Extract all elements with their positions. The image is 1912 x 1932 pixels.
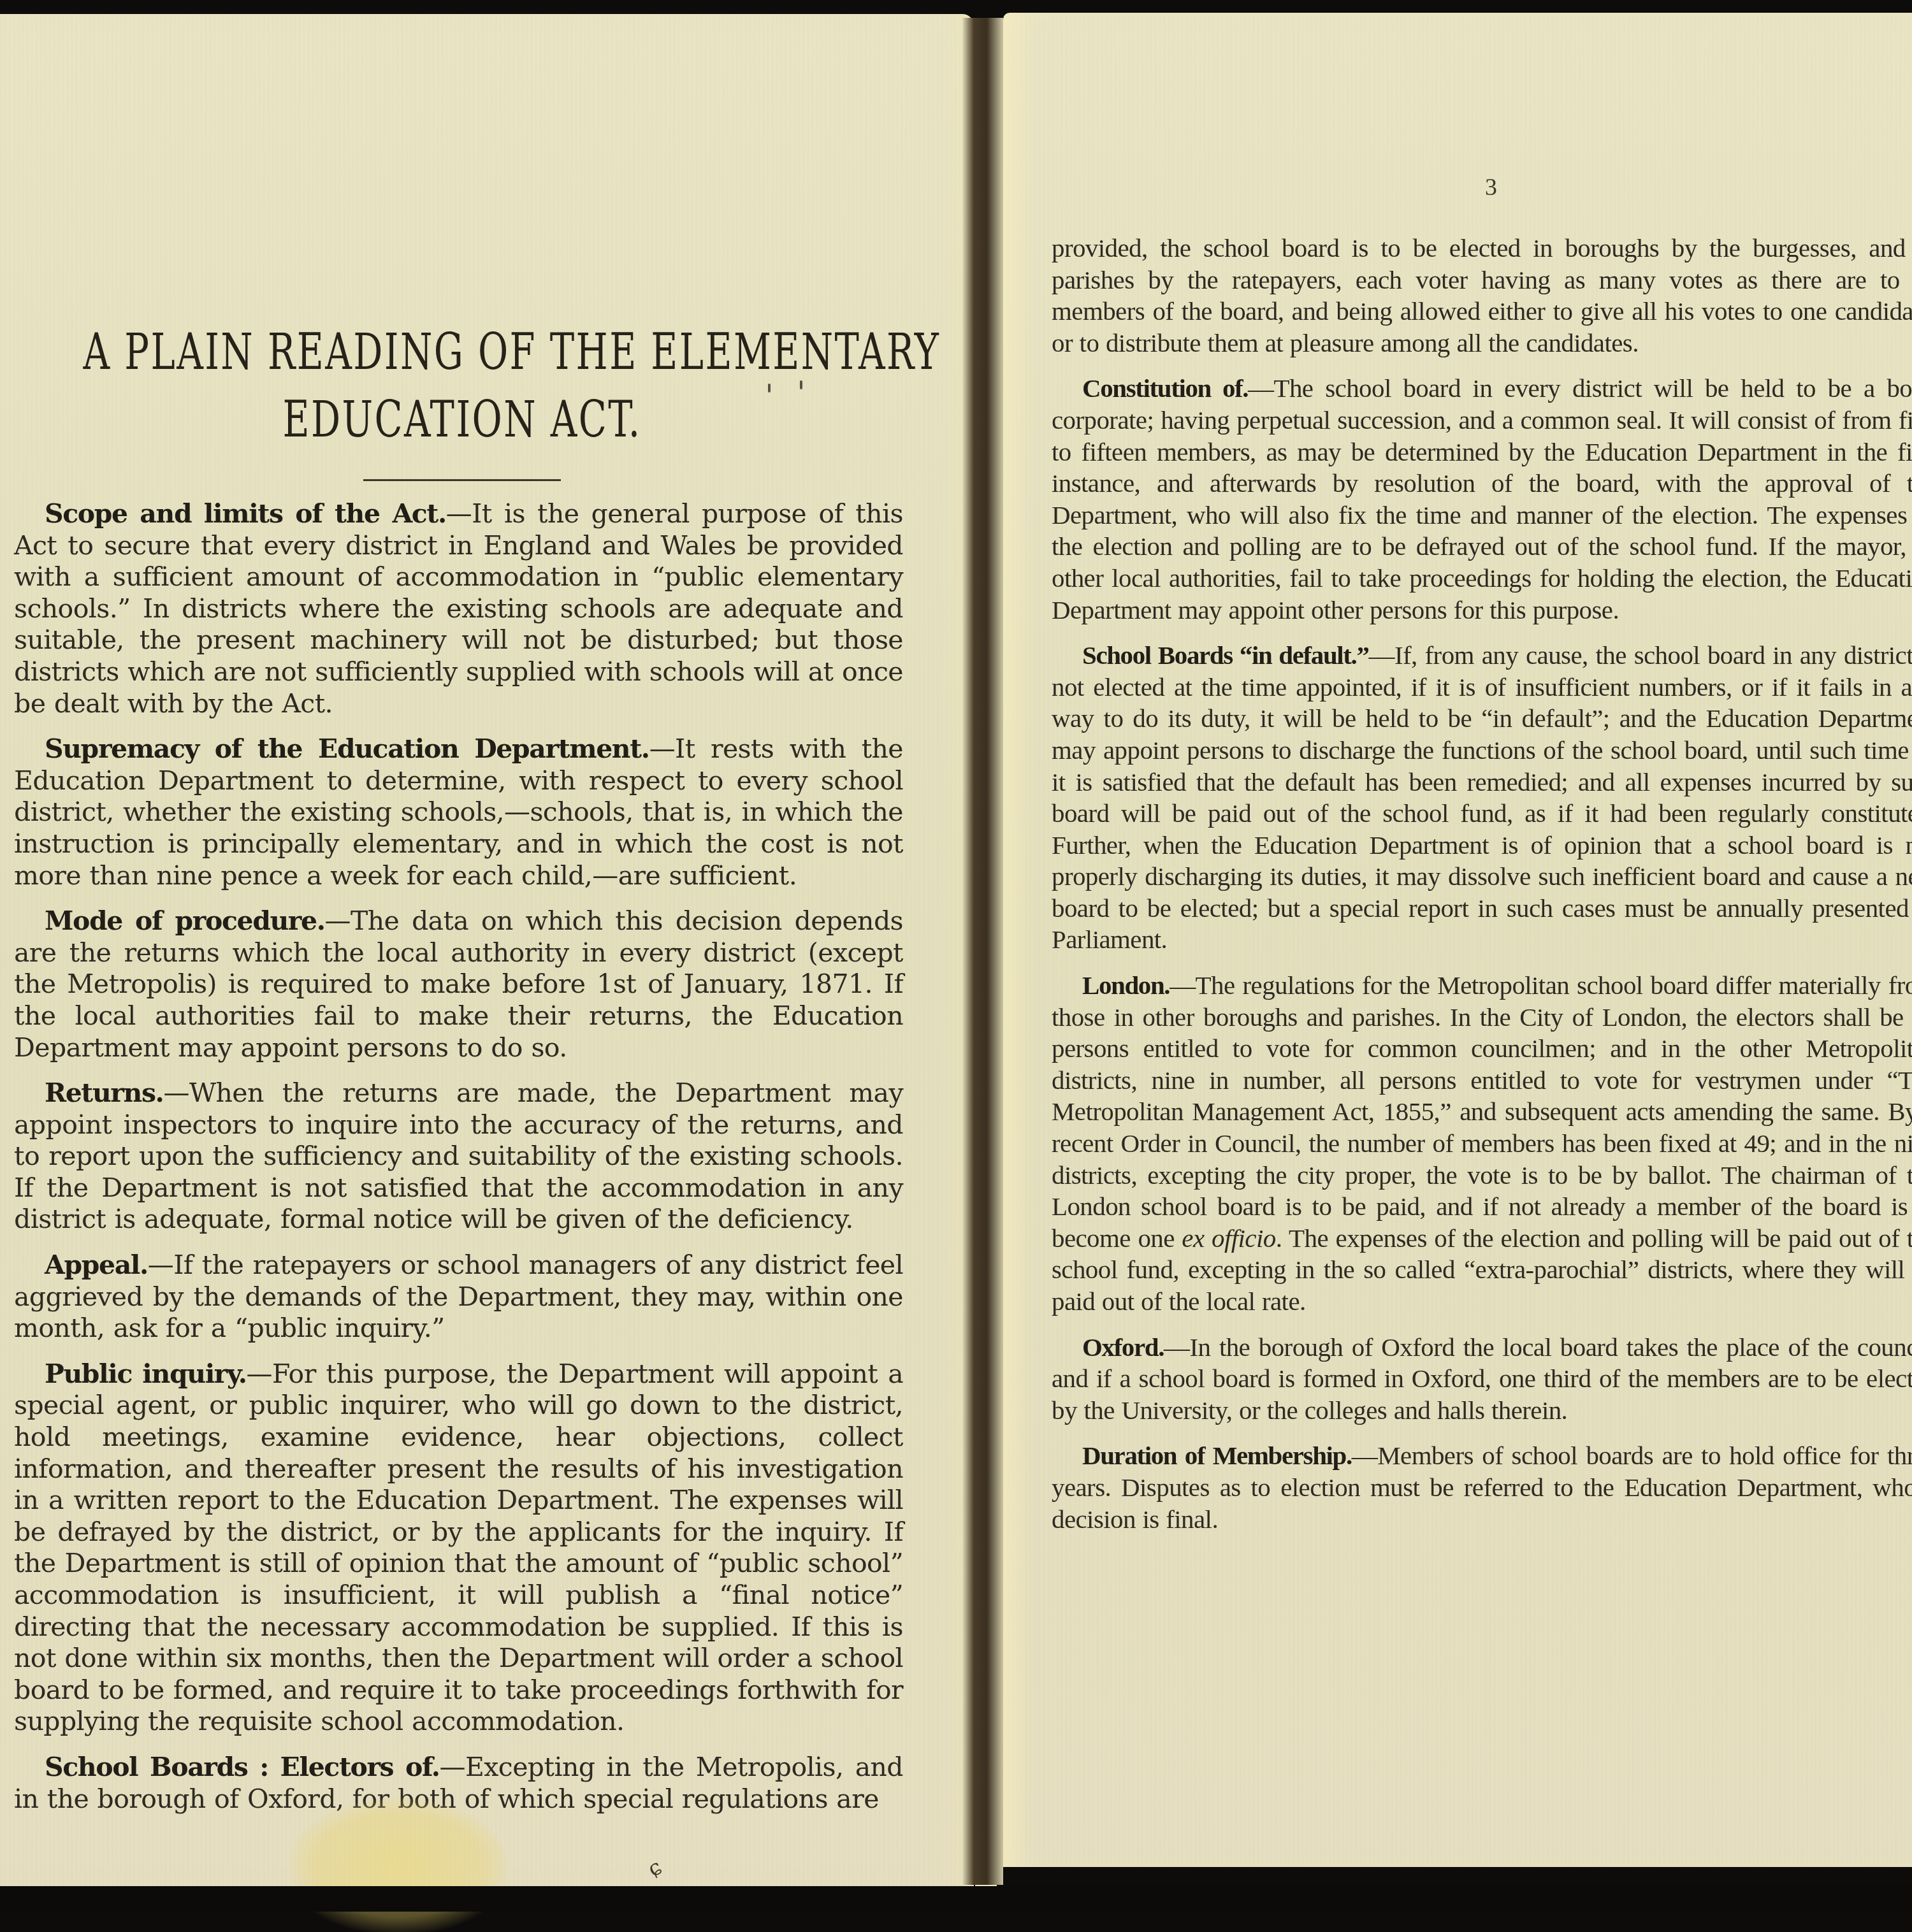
section-heading: School Boards “in default.” bbox=[1082, 640, 1369, 670]
paragraph-oxford: Oxford.—In the borough of Oxford the loc… bbox=[1052, 1332, 1912, 1427]
paragraph-scope: Scope and limits of the Act.—It is the g… bbox=[14, 498, 903, 719]
title-divider bbox=[363, 479, 561, 481]
paragraph-default: School Boards “in default.”—If, from any… bbox=[1052, 640, 1912, 956]
italic-term: ex officio bbox=[1182, 1223, 1275, 1253]
paper-speck bbox=[800, 380, 802, 389]
page-title: A PLAIN READING OF THE ELEMENTARY EDUCAT… bbox=[0, 328, 924, 481]
title-line-2: EDUCATION ACT. bbox=[83, 395, 841, 445]
section-heading: Public inquiry. bbox=[45, 1359, 247, 1389]
right-page-body: provided, the school board is to be elec… bbox=[1052, 233, 1912, 1549]
paper-speck bbox=[768, 384, 771, 393]
section-heading: Returns. bbox=[45, 1078, 163, 1108]
left-page: A PLAIN READING OF THE ELEMENTARY EDUCAT… bbox=[0, 14, 974, 1886]
section-text: —If, from any cause, the school board in… bbox=[1052, 640, 1912, 954]
section-heading: Mode of procedure. bbox=[45, 905, 325, 936]
paragraph-appeal: Appeal.—If the ratepayers or school mana… bbox=[14, 1250, 903, 1344]
scan-bottom-edge bbox=[0, 1886, 1912, 1912]
paragraph-continuation: provided, the school board is to be elec… bbox=[1052, 233, 1912, 359]
section-heading: London. bbox=[1082, 970, 1170, 1000]
paragraph-london: London.—The regulations for the Metropol… bbox=[1052, 970, 1912, 1318]
paragraph-duration: Duration of Membership.—Members of schoo… bbox=[1052, 1440, 1912, 1535]
paragraph-public-inquiry: Public inquiry.—For this purpose, the De… bbox=[14, 1359, 903, 1738]
book-spread: A PLAIN READING OF THE ELEMENTARY EDUCAT… bbox=[0, 0, 1912, 1912]
section-text: —It is the general purpose of this Act t… bbox=[14, 498, 903, 719]
paragraph-constitution: Constitution of.—The school board in eve… bbox=[1052, 373, 1912, 626]
section-heading: Oxford. bbox=[1082, 1332, 1164, 1362]
paragraph-procedure: Mode of procedure.—The data on which thi… bbox=[14, 905, 903, 1063]
section-text: —For this purpose, the Department will a… bbox=[14, 1359, 903, 1737]
section-heading: Duration of Membership. bbox=[1082, 1441, 1352, 1470]
paragraph-supremacy: Supremacy of the Education Department.—I… bbox=[14, 733, 903, 891]
section-text: —In the borough of Oxford the local boar… bbox=[1052, 1332, 1912, 1425]
section-heading: Appeal. bbox=[45, 1250, 148, 1280]
page-number: 3 bbox=[1485, 173, 1497, 201]
book-gutter bbox=[962, 18, 1003, 1885]
section-heading: School Boards : Electors of. bbox=[45, 1752, 440, 1782]
title-line-1: A PLAIN READING OF THE ELEMENTARY bbox=[83, 328, 841, 377]
paragraph-returns: Returns.—When the returns are made, the … bbox=[14, 1078, 903, 1236]
paragraph-electors: School Boards : Electors of.—Excepting i… bbox=[14, 1752, 903, 1815]
section-heading: Constitution of. bbox=[1082, 373, 1248, 403]
section-text: —If the ratepayers or school managers of… bbox=[14, 1250, 903, 1343]
section-text: —The regulations for the Metropolitan sc… bbox=[1052, 970, 1912, 1253]
section-heading: Scope and limits of the Act. bbox=[45, 498, 446, 529]
left-page-body: Scope and limits of the Act.—It is the g… bbox=[14, 498, 903, 1829]
section-text: —The school board in every district will… bbox=[1052, 373, 1912, 624]
ink-mark: ɕ bbox=[643, 1854, 666, 1882]
section-heading: Supremacy of the Education Department. bbox=[45, 733, 649, 764]
